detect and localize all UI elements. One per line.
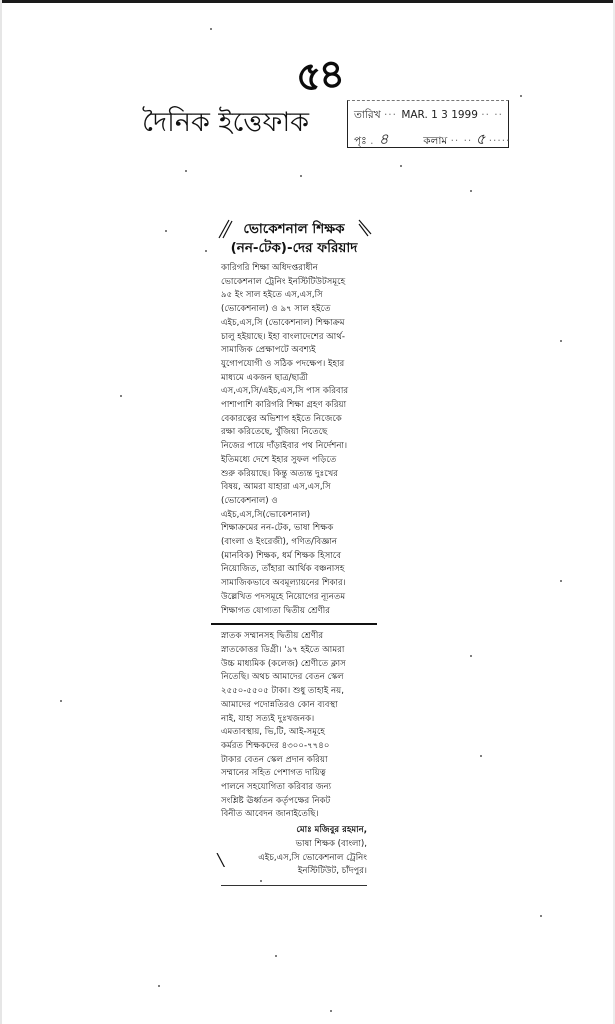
scan-top-edge	[0, 0, 615, 3]
signatory-name: মোঃ মজিবুর রহমান,	[221, 824, 367, 838]
article-line: নিজের পায়ে দাঁড়াইবার পথ নির্দেশনা।	[221, 440, 367, 454]
scan-speck	[185, 170, 187, 172]
article-line: কর্মরত শিক্ষকদের ৪৩০০-৭৭৪০	[221, 740, 367, 754]
stamp-date-label: তারিখ	[354, 109, 381, 121]
letter-signature: মোঃ মজিবুর রহমান, ভাষা শিক্ষক (বাংলা), এ…	[221, 824, 367, 879]
scan-speck	[260, 880, 262, 882]
scan-left-edge	[0, 0, 2, 1024]
scan-speck	[560, 580, 562, 582]
stamp-page-label: পৃঃ	[354, 135, 367, 147]
stamp-date-row: তারিখ ··· MAR. 1 3 1999 ·· ··	[354, 108, 503, 125]
article-line: শিক্ষাগত যোগ্যতা দ্বিতীয় শ্রেণীর	[221, 605, 367, 619]
article-line: পালনে সহযোগিতা করিবার জন্য	[221, 781, 367, 795]
article-line: স্নাতকোত্তর ডিগ্রী। '৯৭ হইতে আমরা	[221, 644, 367, 658]
scan-speck	[480, 755, 482, 757]
dotted-leader: ·· ··	[481, 109, 503, 121]
article-line: (ভোকেশনাল) ও	[221, 495, 367, 509]
article-paragraph-1: কারিগরি শিক্ষা অধিদপ্তরাধীনভোকেশনাল ট্রে…	[221, 262, 367, 618]
article-line: এইচ,এস,সি(ভোকেশনাল)	[221, 509, 367, 523]
article-line: ভোকেশনাল ট্রেনিং ইনস্টিটিউটসমূহে	[221, 276, 367, 290]
article-line: এমতাবস্থায়, ভি,টি, আই-সমূহে	[221, 726, 367, 740]
scan-speck	[470, 190, 472, 192]
article-line: এইচ,এস,সি (ভোকেশনাল) শিক্ষাক্রম	[221, 317, 367, 331]
article-line: বিনীত আবেদন জানাইতেছি।	[221, 808, 367, 822]
article-line: সামাজিকভাবে অবমূল্যায়নের শিকার।	[221, 577, 367, 591]
stamp-column-value: ৫	[476, 130, 486, 148]
dotted-leader: .	[370, 135, 379, 147]
headline-line-1: ভোকেশনাল শিক্ষক	[221, 220, 367, 239]
scan-speck	[120, 395, 122, 397]
article-line: সংশ্লিষ্ট ঊর্ধ্বতন কর্তৃপক্ষের নিকট	[221, 795, 367, 809]
article-line: রক্ষা করিতেছে, খুঁজিয়া নিতেছে	[221, 426, 367, 440]
article-line: (মানবিক) শিক্ষক, ধর্ম শিক্ষক হিসাবে	[221, 550, 367, 564]
stamp-date-value: MAR. 1 3 1999	[401, 109, 478, 121]
dotted-leader: ·····	[489, 135, 511, 147]
signatory-institution-line-2: ইনস্টিটিউট, চাঁদপুর।	[221, 865, 367, 879]
article-line: ২৫৫০-৫৫০৫ টাকা। শুধু তাহাই নয়,	[221, 685, 367, 699]
article-line: ৯৫ ইং সাল হইতে এস,এস,সি	[221, 289, 367, 303]
article-line: ইতিমধ্যে দেশে ইহার সুফল পড়িতে	[221, 454, 367, 468]
scan-speck	[275, 955, 277, 957]
article-line: (বাংলা ও ইংরেজী), গণিত/বিজ্ঞান	[221, 536, 367, 550]
stamp-column-label: কলাম	[423, 135, 447, 147]
article-line: পাশাপাশি কারিগরি শিক্ষা গ্রহণ করিয়া	[221, 399, 367, 413]
scan-speck	[400, 165, 402, 167]
cut-mark-icon	[215, 853, 375, 867]
signatory-designation: ভাষা শিক্ষক (বাংলা),	[221, 838, 367, 852]
article-paragraph-2: স্নাতক সম্মানসহ দ্বিতীয় শ্রেণীরস্নাতকোত…	[221, 630, 367, 822]
headline-line-2: (নন-টেক)-দের ফরিয়াদ	[221, 239, 367, 258]
article-line: যুগোপযোগী ও সঠিক পদক্ষেপ। ইহার	[221, 358, 367, 372]
article-line: আমাদের পদোন্নতিরও কোন ব্যবস্থা	[221, 699, 367, 713]
article-line: নিতেছি। অথচ আমাদের বেতন স্কেল	[221, 671, 367, 685]
scan-speck	[158, 985, 160, 987]
divider	[221, 885, 367, 886]
stamp-page-value: ৪	[379, 130, 389, 148]
article-line: সম্মানের সহিত পেশাগত দায়িত্ব	[221, 767, 367, 781]
dotted-leader: ·· ··	[451, 135, 473, 147]
article-line: বেকারত্বের অভিশাপ হইতে নিজেকে	[221, 413, 367, 427]
article-line: উচ্চ মাধ্যমিক (কলেজ) শ্রেণীতে ক্লাস	[221, 658, 367, 672]
article-line: বিষয়, আমরা যাহারা এস,এস,সি	[221, 481, 367, 495]
stamp-page-row: পৃঃ . ৪ কলাম ·· ·· ৫ ·····	[354, 128, 510, 153]
clipping-bottom-edge	[221, 879, 367, 893]
clipping-cut-line	[211, 620, 377, 628]
dotted-leader: ···	[384, 109, 401, 121]
newspaper-masthead: দৈনিক ইত্তেফাক	[142, 102, 309, 147]
article-headline: ভোকেশনাল শিক্ষক (নন-টেক)-দের ফরিয়াদ	[221, 218, 367, 262]
scan-speck	[330, 1010, 332, 1012]
scan-speck	[205, 250, 207, 252]
article-line: শুরু করিয়াছে। কিন্তু অত্যন্ত দুঃখের	[221, 468, 367, 482]
article-line: শিক্ষাক্রমের নন-টেক, ভাষা শিক্ষক	[221, 522, 367, 536]
scan-speck	[560, 340, 562, 342]
article-line: সামাজিক প্রেক্ষাপটে অবশ্যই	[221, 344, 367, 358]
scan-speck	[210, 28, 212, 30]
article-line: নাই, যাহা সত্যই দুঃখজনক।	[221, 713, 367, 727]
scan-speck	[165, 230, 167, 232]
article-line: কারিগরি শিক্ষা অধিদপ্তরাধীন	[221, 262, 367, 276]
article-line: নিয়োজিত, তাঁহারা আর্থিক বঞ্চনাসহ	[221, 563, 367, 577]
article-line: স্নাতক সম্মানসহ দ্বিতীয় শ্রেণীর	[221, 630, 367, 644]
scan-speck	[300, 175, 302, 177]
scan-speck	[520, 95, 522, 97]
article-line: চালু হইয়াছে। ইহা বাংলাদেশের আর্থ-	[221, 331, 367, 345]
article-line: উল্লেখিত পদসমূহে নিয়োগের ন্যূনতম	[221, 591, 367, 605]
cut-mark-icon	[357, 218, 373, 240]
article-line: এস,এস,সি/এইচ,এস,সি পাস করিবার	[221, 385, 367, 399]
cut-mark-icon	[217, 218, 233, 240]
scan-speck	[60, 700, 62, 702]
article-line: টাকার বেতন স্কেল প্রদান করিয়া	[221, 754, 367, 768]
newspaper-clipping: ভোকেশনাল শিক্ষক (নন-টেক)-দের ফরিয়াদ কার…	[221, 218, 367, 893]
article-line: (ভোকেশনাল) ও ৯৭ সাল হইতে	[221, 303, 367, 317]
divider	[211, 623, 377, 625]
scan-speck	[540, 915, 542, 917]
date-stamp-box: তারিখ ··· MAR. 1 3 1999 ·· ·· পৃঃ . ৪ কল…	[347, 100, 509, 148]
article-line: মাধ্যমে একজন ছাত্র/ছাত্রী	[221, 372, 367, 386]
scan-speck	[470, 655, 472, 657]
